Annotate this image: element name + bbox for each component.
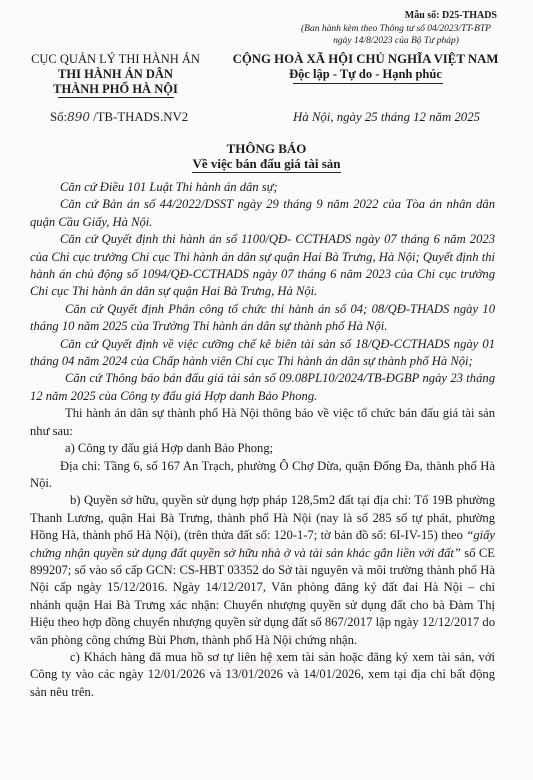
legal-basis-6: Căn cứ Thông báo bán đấu giá tài sản số …	[30, 370, 495, 405]
item-b-part-2: số CE 899207; số vào sổ cấp GCN: CS-HBT …	[30, 546, 495, 647]
agency-underline	[58, 97, 174, 98]
issuing-agency: CỤC QUẢN LÝ THI HÀNH ÁN THI HÀNH ÁN DÂN …	[28, 52, 203, 97]
item-c: c) Khách hàng đã mua hồ sơ tự liên hệ xe…	[30, 649, 495, 701]
item-b: b) Quyền sở hữu, quyền sử dụng hợp pháp …	[30, 492, 495, 649]
legal-basis-2: Căn cứ Bản án số 44/2022/DSST ngày 29 th…	[30, 196, 495, 231]
national-header: CỘNG HOÀ XÃ HỘI CHỦ NGHĨA VIỆT NAM Độc l…	[208, 52, 523, 82]
title-main: THÔNG BÁO	[0, 141, 533, 156]
item-b-part-1: b) Quyền sở hữu, quyền sử dụng hợp pháp …	[30, 493, 495, 542]
document-page: Mẫu số: D25-THADS (Ban hành kèm theo Thô…	[0, 0, 533, 780]
form-code: Mẫu số: D25-THADS	[405, 10, 497, 21]
form-note: (Ban hành kèm theo Thông tư số 04/2023/T…	[281, 23, 511, 47]
legal-basis-4: Căn cứ Quyết định Phân công tổ chức thi …	[30, 301, 495, 336]
national-motto: Độc lập - Tự do - Hạnh phúc	[208, 67, 523, 82]
item-a: a) Công ty đấu giá Hợp danh Bảo Phong;	[30, 440, 495, 457]
intro-paragraph: Thi hành án dân sự thành phố Hà Nội thôn…	[30, 405, 495, 440]
number-suffix: /TB-THADS.NV2	[90, 110, 188, 124]
number-prefix: Số:	[50, 110, 67, 124]
form-note-line-1: (Ban hành kèm theo Thông tư số 04/2023/T…	[281, 23, 511, 35]
title-subject: Về việc bán đấu giá tài sản	[192, 156, 340, 173]
legal-basis-1: Căn cứ Điều 101 Luật Thi hành án dân sự;	[30, 179, 495, 196]
number-handwritten: 890	[67, 110, 90, 124]
agency-line-1: CỤC QUẢN LÝ THI HÀNH ÁN	[28, 52, 203, 67]
motto-underline	[293, 83, 443, 84]
nation-name: CỘNG HOÀ XÃ HỘI CHỦ NGHĨA VIỆT NAM	[208, 52, 523, 67]
company-address: Địa chỉ: Tầng 6, số 167 An Trạch, phường…	[30, 458, 495, 493]
document-number: Số:890 /TB-THADS.NV2	[50, 110, 188, 125]
agency-line-2: THI HÀNH ÁN DÂN	[28, 67, 203, 82]
document-body: Căn cứ Điều 101 Luật Thi hành án dân sự;…	[30, 179, 495, 701]
legal-basis-3: Căn cứ Quyết định thi hành án số 1100/QĐ…	[30, 231, 495, 301]
document-title: THÔNG BÁO Về việc bán đấu giá tài sản	[0, 141, 533, 173]
agency-line-3: THÀNH PHỐ HÀ NỘI	[28, 82, 203, 97]
form-note-line-2: ngày 14/8/2023 của Bộ Tư pháp)	[281, 35, 511, 47]
place-date: Hà Nội, ngày 25 tháng 12 năm 2025	[293, 110, 480, 125]
legal-basis-5: Căn cứ Quyết định về việc cưỡng chế kê b…	[30, 336, 495, 371]
